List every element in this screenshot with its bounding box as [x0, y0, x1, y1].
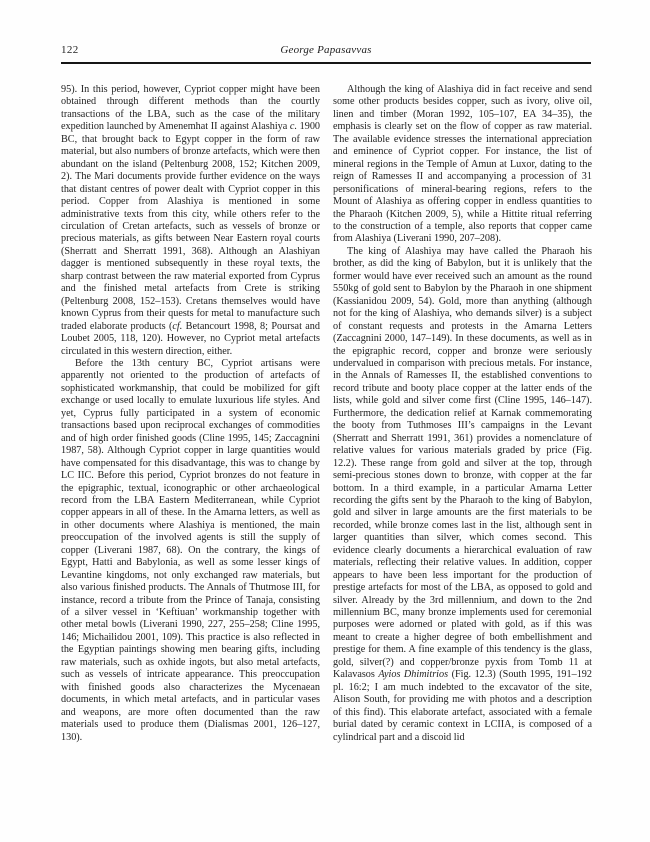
header-rule: [61, 62, 591, 64]
paragraph: The king of Alashiya may have called the…: [333, 246, 592, 744]
body-text: 95). In this period, however, Cypriot co…: [61, 84, 592, 744]
book-page: 122 George Papasavvas 95). In this perio…: [0, 0, 650, 842]
page-header: 122 George Papasavvas: [61, 44, 591, 60]
column-right: Although the king of Alashiya did in fac…: [333, 84, 592, 744]
running-head-author: George Papasavvas: [61, 44, 591, 56]
paragraph: Although the king of Alashiya did in fac…: [333, 84, 592, 246]
paragraph: 95). In this period, however, Cypriot co…: [61, 84, 320, 358]
column-left: 95). In this period, however, Cypriot co…: [61, 84, 320, 744]
paragraph: Before the 13th century BC, Cypriot arti…: [61, 358, 320, 744]
